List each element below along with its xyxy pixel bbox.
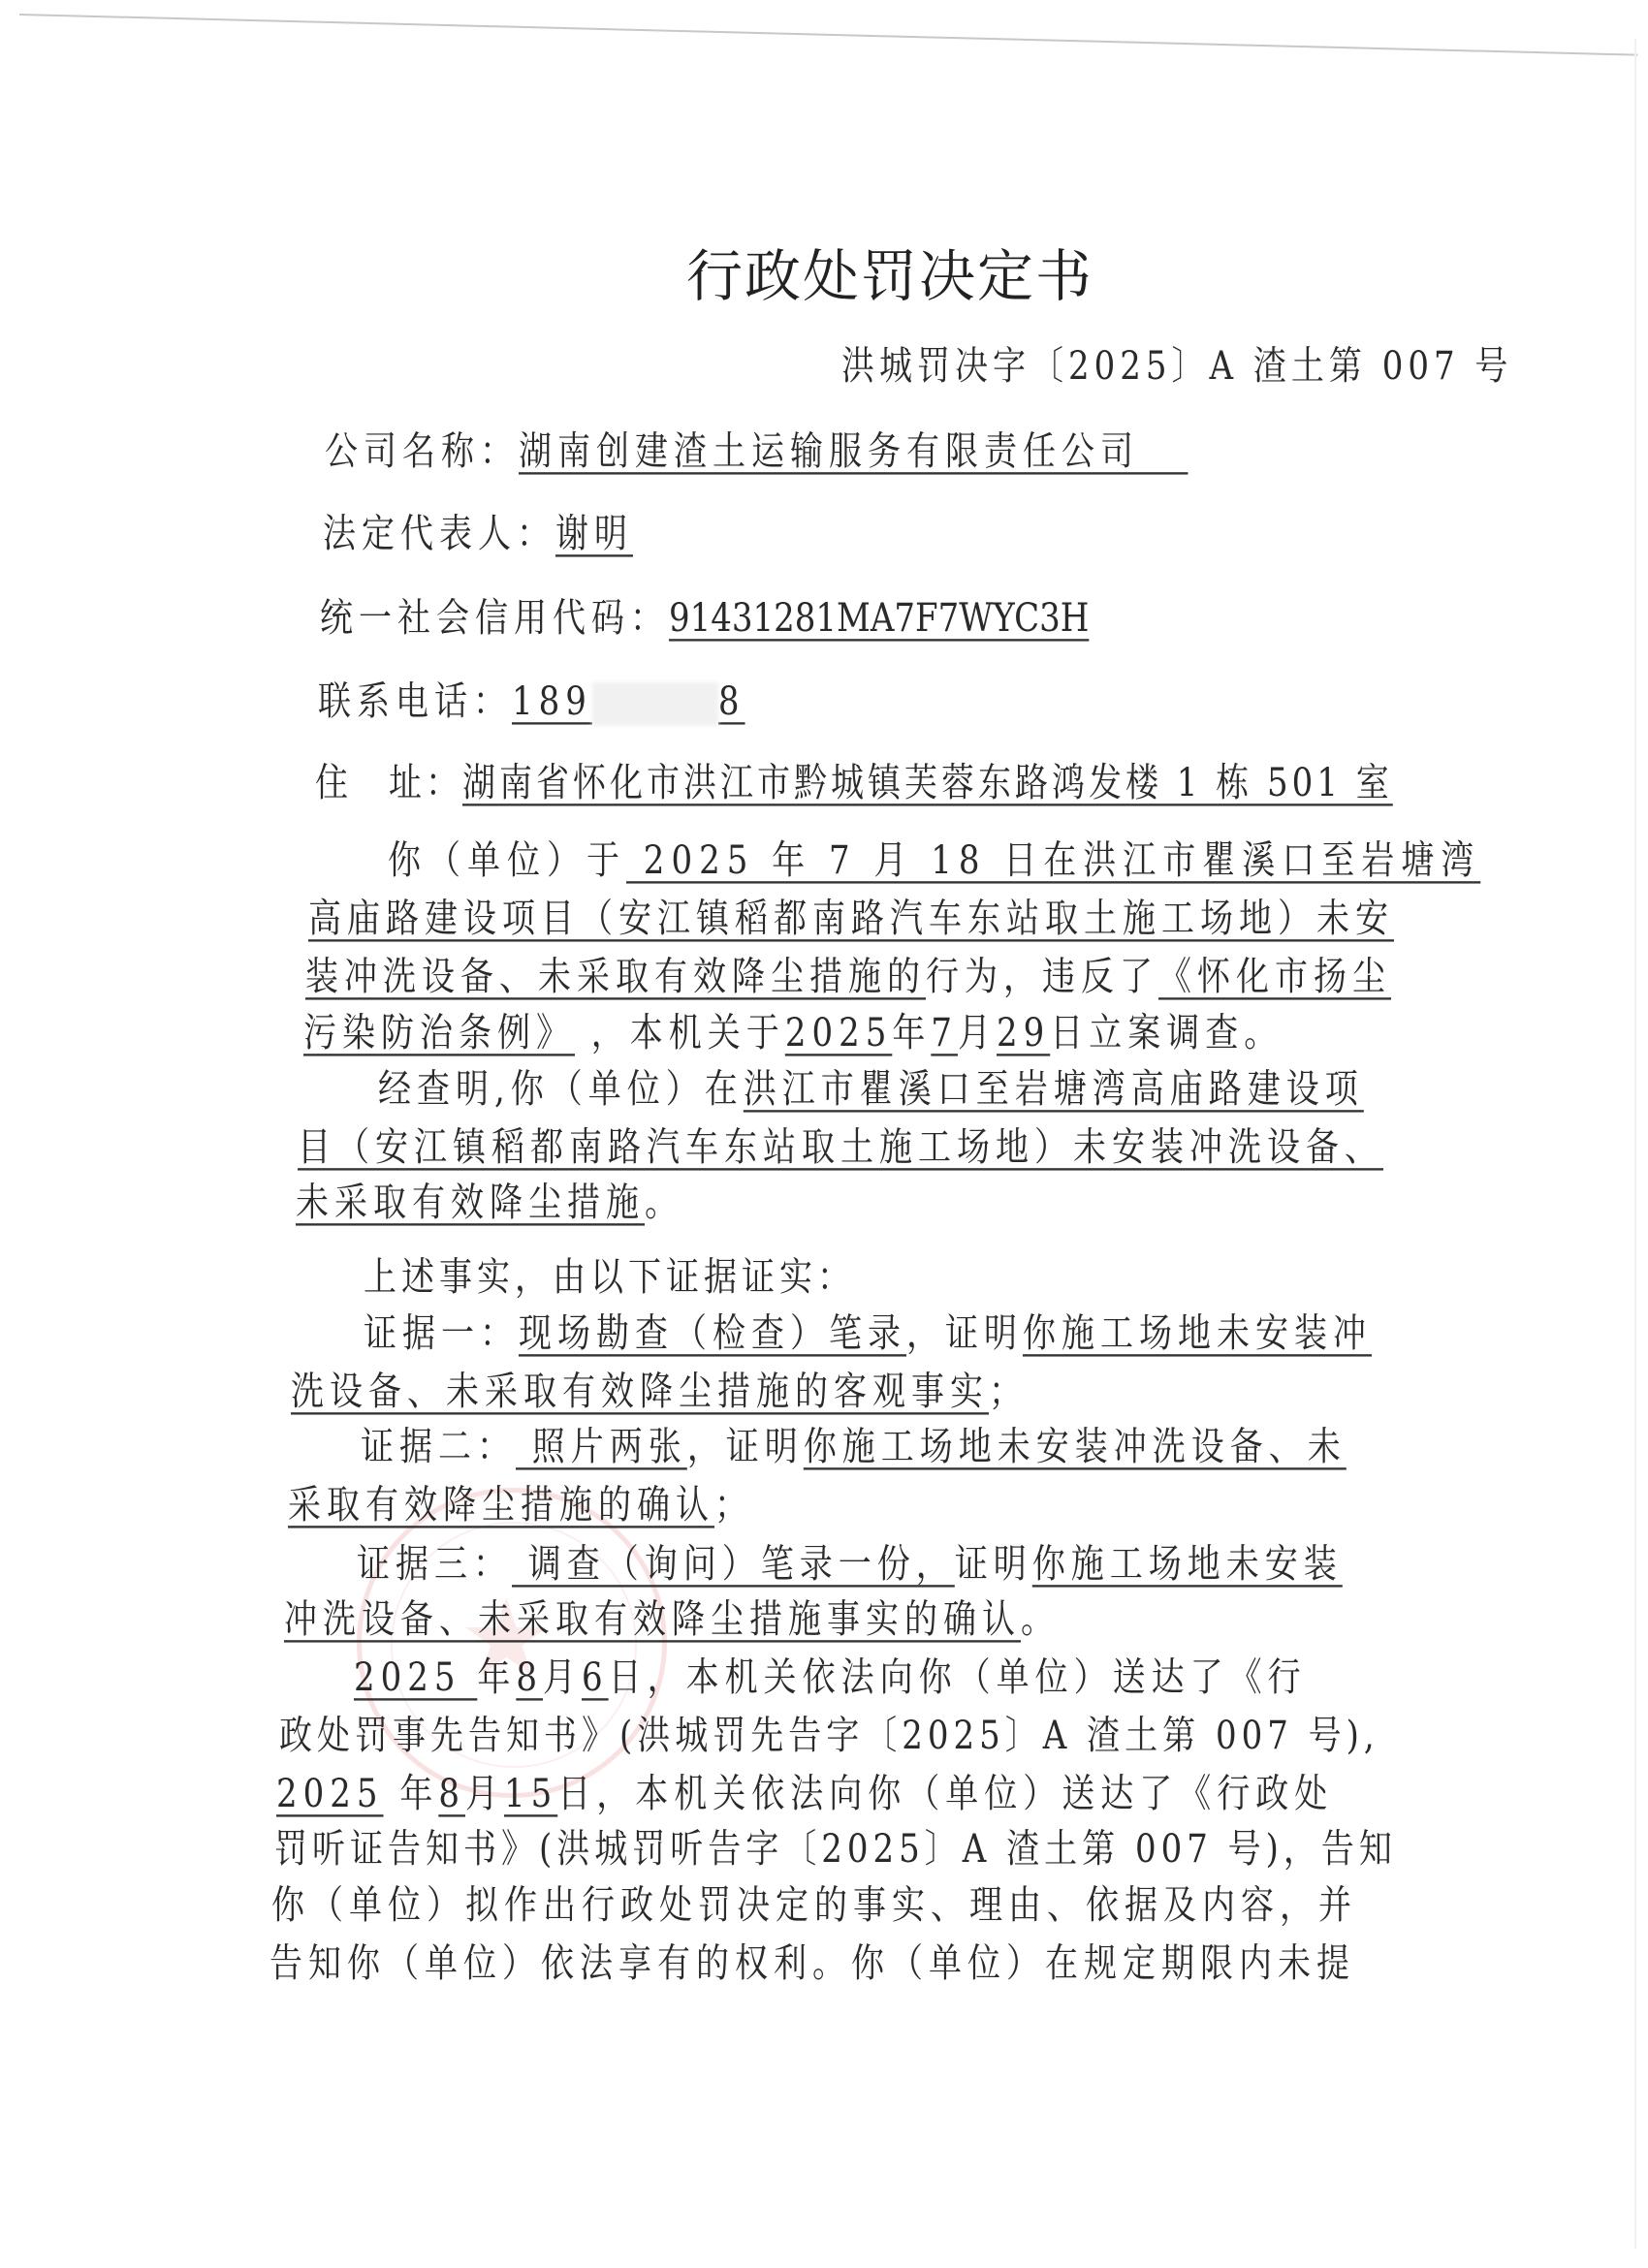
legal-representative-label: 法定代表人： xyxy=(323,511,555,556)
text: ； xyxy=(714,1482,753,1528)
evidence3-item: 调查（询问）笔录一份， xyxy=(512,1541,955,1587)
para2-line1: 经查明,你（单位）在洪江市瞿溪口至岩塘湾高庙路建设项 xyxy=(378,1064,1364,1115)
address-label-2: 址： xyxy=(389,760,462,805)
text: 。 xyxy=(1021,1596,1060,1642)
text: 月 xyxy=(543,1654,582,1700)
project-site: 高庙路建设项目（安江镇稻都南路汽车东站取土施工场地）未安 xyxy=(308,896,1394,941)
para3-line1: 2025 年8月6日，本机关依法向你（单位）送达了《行 xyxy=(354,1653,1307,1703)
phone-row: 联系电话：1898 xyxy=(318,677,745,727)
violation-date-location: 2025 年 7 月 18 日在洪江市瞿溪口至岩塘湾 xyxy=(626,837,1480,883)
para3-line4: 罚听证告知书》(洪城罚听告字〔2025〕A 渣土第 007 号)，告知 xyxy=(274,1824,1397,1874)
legal-representative-row: 法定代表人：谢明 xyxy=(323,509,633,559)
violation-description: 装冲洗设备、未采取有效降尘措施的 xyxy=(305,954,926,999)
page-right-edge xyxy=(1634,39,1636,2249)
address-row: 住址：湖南省怀化市洪江市黔城镇芙蓉东路鸿发楼 1 栋 501 室 xyxy=(315,758,1393,808)
hearing-notice-month: 8 xyxy=(438,1771,465,1816)
text: 。 xyxy=(645,1180,683,1225)
credit-code-label: 统一社会信用代码： xyxy=(320,595,669,641)
credit-code-value: 91431281MA7F7WYC3H xyxy=(669,595,1089,641)
text: 年 xyxy=(384,1771,439,1816)
phone-label: 联系电话： xyxy=(318,678,512,724)
finding-description: 未采取有效降尘措施 xyxy=(296,1180,645,1225)
text: 年 xyxy=(477,1654,516,1700)
text: 日，本机关依法向你（单位）送达了《行 xyxy=(609,1654,1307,1700)
notice-month: 8 xyxy=(516,1654,543,1700)
notice-day: 6 xyxy=(582,1654,609,1700)
text: 行为，违反了 xyxy=(926,954,1158,999)
regulation-name-part2: 污染防治条例》 xyxy=(303,1010,575,1055)
text: 日立案调查。 xyxy=(1050,1010,1283,1055)
phone-redaction xyxy=(592,682,718,726)
hearing-notice-day: 15 xyxy=(504,1771,557,1816)
text: 证明 xyxy=(955,1541,1032,1587)
company-name-row: 公司名称：湖南创建渣土运输服务有限责任公司 xyxy=(325,426,1188,477)
evidence1-claim-cont: 洗设备、未采取有效降尘措施的客观事实 xyxy=(291,1369,989,1414)
address-label-1: 住 xyxy=(315,760,352,805)
legal-representative-value: 谢明 xyxy=(555,511,633,556)
evidence-intro: 上述事实，由以下证据证实： xyxy=(364,1252,855,1303)
case-day: 29 xyxy=(997,1010,1050,1055)
evidence2-label: 证据二： xyxy=(361,1424,516,1469)
case-month: 7 xyxy=(931,1010,958,1055)
evidence3-claim-cont: 冲洗设备、未采取有效降尘措施事实的确认 xyxy=(284,1596,1021,1642)
text: 年 xyxy=(892,1010,931,1055)
para2-line2: 目（安江镇稻都南路汽车东站取土施工场地）未安装冲洗设备、 xyxy=(298,1122,1383,1173)
text: 日，本机关依法向你（单位）送达了《行政处 xyxy=(557,1771,1333,1816)
document-title: 行政处罚决定书 xyxy=(686,242,1093,310)
text: 经查明,你（单位）在 xyxy=(378,1066,744,1112)
para3-line6: 告知你（单位）依法享有的权利。你（单位）在规定期限内未提 xyxy=(269,1938,1355,1989)
company-name-label: 公司名称： xyxy=(325,428,519,474)
evidence2-item: 照片两张 xyxy=(516,1424,687,1469)
document-number: 洪城罚决字〔2025〕A 渣土第 007 号 xyxy=(841,341,1512,392)
company-name-value: 湖南创建渣土运输服务有限责任公司 xyxy=(519,428,1139,474)
para1-line4: 污染防治条例》 ，本机关于2025年7月29日立案调查。 xyxy=(303,1008,1283,1058)
evidence1-item: 现场勘查（检查）笔录 xyxy=(519,1310,906,1356)
para3-line3: 2025 年8月15日，本机关依法向你（单位）送达了《行政处 xyxy=(276,1769,1333,1819)
para2-line3: 未采取有效降尘措施。 xyxy=(296,1178,683,1228)
evidence3-line1: 证据三： 调查（询问）笔录一份，证明你施工场地未安装 xyxy=(357,1539,1343,1590)
text: ，证明 xyxy=(906,1310,1023,1356)
page-edge-shadow xyxy=(19,14,1638,56)
evidence1-line2: 洗设备、未采取有效降尘措施的客观事实； xyxy=(291,1367,1028,1417)
evidence3-label: 证据三： xyxy=(357,1541,512,1587)
hearing-notice-year: 2025 xyxy=(276,1771,384,1816)
phone-suffix: 8 xyxy=(718,678,745,724)
evidence1-line1: 证据一：现场勘查（检查）笔录，证明你施工场地未安装冲 xyxy=(364,1308,1372,1359)
text: ，本机关于 xyxy=(575,1010,785,1055)
phone-prefix: 189 xyxy=(512,678,592,724)
evidence2-claim: 你施工场地未安装冲洗设备、未 xyxy=(804,1424,1347,1469)
finding-location: 洪江市瞿溪口至岩塘湾高庙路建设项 xyxy=(744,1066,1364,1112)
evidence1-label: 证据一： xyxy=(364,1310,519,1356)
text: 你（单位）于 xyxy=(388,837,626,883)
para3-line5: 你（单位）拟作出行政处罚决定的事实、理由、依据及内容，并 xyxy=(271,1880,1357,1931)
address-value: 湖南省怀化市洪江市黔城镇芙蓉东路鸿发楼 1 栋 501 室 xyxy=(462,760,1393,805)
evidence1-claim: 你施工场地未安装冲 xyxy=(1023,1310,1372,1356)
evidence2-line1: 证据二： 照片两张，证明你施工场地未安装冲洗设备、未 xyxy=(361,1422,1347,1472)
evidence2-claim-cont: 采取有效降尘措施的确认 xyxy=(288,1482,714,1528)
para1-line2: 高庙路建设项目（安江镇稻都南路汽车东站取土施工场地）未安 xyxy=(308,894,1394,944)
text: 月 xyxy=(958,1010,997,1055)
evidence3-line2: 冲洗设备、未采取有效降尘措施事实的确认。 xyxy=(284,1594,1060,1645)
company-name-underline-pad xyxy=(1139,428,1188,474)
text: ； xyxy=(989,1369,1028,1414)
para1-line1: 你（单位）于 2025 年 7 月 18 日在洪江市瞿溪口至岩塘湾 xyxy=(388,835,1480,886)
para1-line3: 装冲洗设备、未采取有效降尘措施的行为，违反了《怀化市扬尘 xyxy=(305,952,1391,1002)
text: ，证明 xyxy=(687,1424,804,1469)
case-year: 2025 xyxy=(785,1010,893,1055)
para3-line2: 政处罚事先告知书》(洪城罚先告字〔2025〕A 渣土第 007 号), xyxy=(279,1711,1379,1761)
evidence3-claim: 你施工场地未安装 xyxy=(1032,1541,1343,1587)
credit-code-row: 统一社会信用代码：91431281MA7F7WYC3H xyxy=(320,593,1089,644)
regulation-name-part1: 《怀化市扬尘 xyxy=(1158,954,1391,999)
finding-site: 目（安江镇稻都南路汽车东站取土施工场地）未安装冲洗设备、 xyxy=(298,1124,1383,1170)
text: 月 xyxy=(465,1771,504,1816)
notice-year: 2025 xyxy=(354,1654,477,1700)
evidence2-line2: 采取有效降尘措施的确认； xyxy=(288,1480,753,1530)
